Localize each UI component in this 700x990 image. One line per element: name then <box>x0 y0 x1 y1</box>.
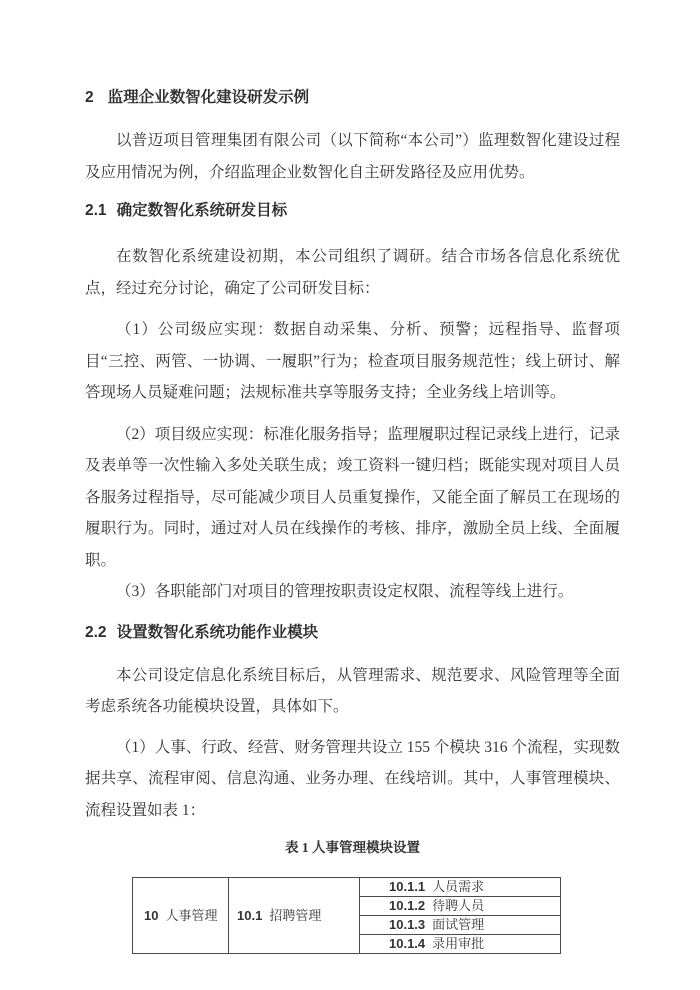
section-heading-2-2: 2.2设置数智化系统功能作业模块 <box>85 623 620 643</box>
hr-module-table: 10人事管理 10.1招聘管理 10.1.1人员需求 10.1.2待聘人员 <box>132 877 561 954</box>
paragraph-research-goal: 在数智化系统建设初期，本公司组织了调研。结合市场各信息化系统优点，经过充分讨论，… <box>85 241 620 304</box>
paragraph-item-project-level: （2）项目级应实现：标准化服务指导；监理履职过程记录线上进行，记录及表单等一次性… <box>85 419 620 577</box>
table-cell-submodule: 10.1招聘管理 <box>229 878 360 954</box>
document-content: 2监理企业数智化建设研发示例 以普迈项目管理集团有限公司（以下简称“本公司”）监… <box>0 0 700 954</box>
section-heading-2: 2监理企业数智化建设研发示例 <box>85 88 620 108</box>
table-cell-flow-1: 10.1.1人员需求 <box>360 878 561 897</box>
heading-number: 2.2 <box>85 624 107 641</box>
cell-number: 10.1.1 <box>389 879 425 894</box>
cell-number: 10.1.3 <box>389 917 425 932</box>
cell-number: 10.1.2 <box>389 898 425 913</box>
table-row: 10人事管理 10.1招聘管理 10.1.1人员需求 <box>133 878 561 897</box>
cell-label: 招聘管理 <box>269 908 321 923</box>
cell-number: 10.1 <box>237 908 262 923</box>
cell-label: 录用审批 <box>432 936 484 951</box>
paragraph-module-setup: 本公司设定信息化系统目标后，从管理需求、规范要求、风险管理等全面考虑系统各功能模… <box>85 660 620 723</box>
heading-title: 确定数智化系统研发目标 <box>117 202 288 219</box>
cell-label: 面试管理 <box>432 917 484 932</box>
table-cell-flow-3: 10.1.3面试管理 <box>360 916 561 935</box>
paragraph-item-department-level: （3）各职能部门对项目的管理按职责设定权限、流程等线上进行。 <box>85 576 620 608</box>
cell-number: 10 <box>144 908 158 923</box>
cell-number: 10.1.4 <box>389 936 425 951</box>
table-cell-module: 10人事管理 <box>133 878 229 954</box>
heading-number: 2 <box>85 89 94 106</box>
table-cell-flow-2: 10.1.2待聘人员 <box>360 897 561 916</box>
section-heading-2-1: 2.1确定数智化系统研发目标 <box>85 201 620 221</box>
heading-title: 设置数智化系统功能作业模块 <box>117 624 319 641</box>
paragraph-module-counts: （1）人事、行政、经营、财务管理共设立 155 个模块 316 个流程，实现数据… <box>85 732 620 827</box>
cell-label: 人事管理 <box>165 908 217 923</box>
heading-number: 2.1 <box>85 202 107 219</box>
heading-title: 监理企业数智化建设研发示例 <box>108 89 310 106</box>
table-caption: 表 1 人事管理模块设置 <box>85 840 620 856</box>
document-page: 2监理企业数智化建设研发示例 以普迈项目管理集团有限公司（以下简称“本公司”）监… <box>0 0 700 990</box>
table-cell-flow-4: 10.1.4录用审批 <box>360 935 561 954</box>
intro-paragraph: 以普迈项目管理集团有限公司（以下简称“本公司”）监理数智化建设过程及应用情况为例… <box>85 125 620 188</box>
cell-label: 待聘人员 <box>432 898 484 913</box>
cell-label: 人员需求 <box>432 879 484 894</box>
paragraph-item-company-level: （1）公司级应实现：数据自动采集、分析、预警；远程指导、监督项目“三控、两管、一… <box>85 314 620 409</box>
